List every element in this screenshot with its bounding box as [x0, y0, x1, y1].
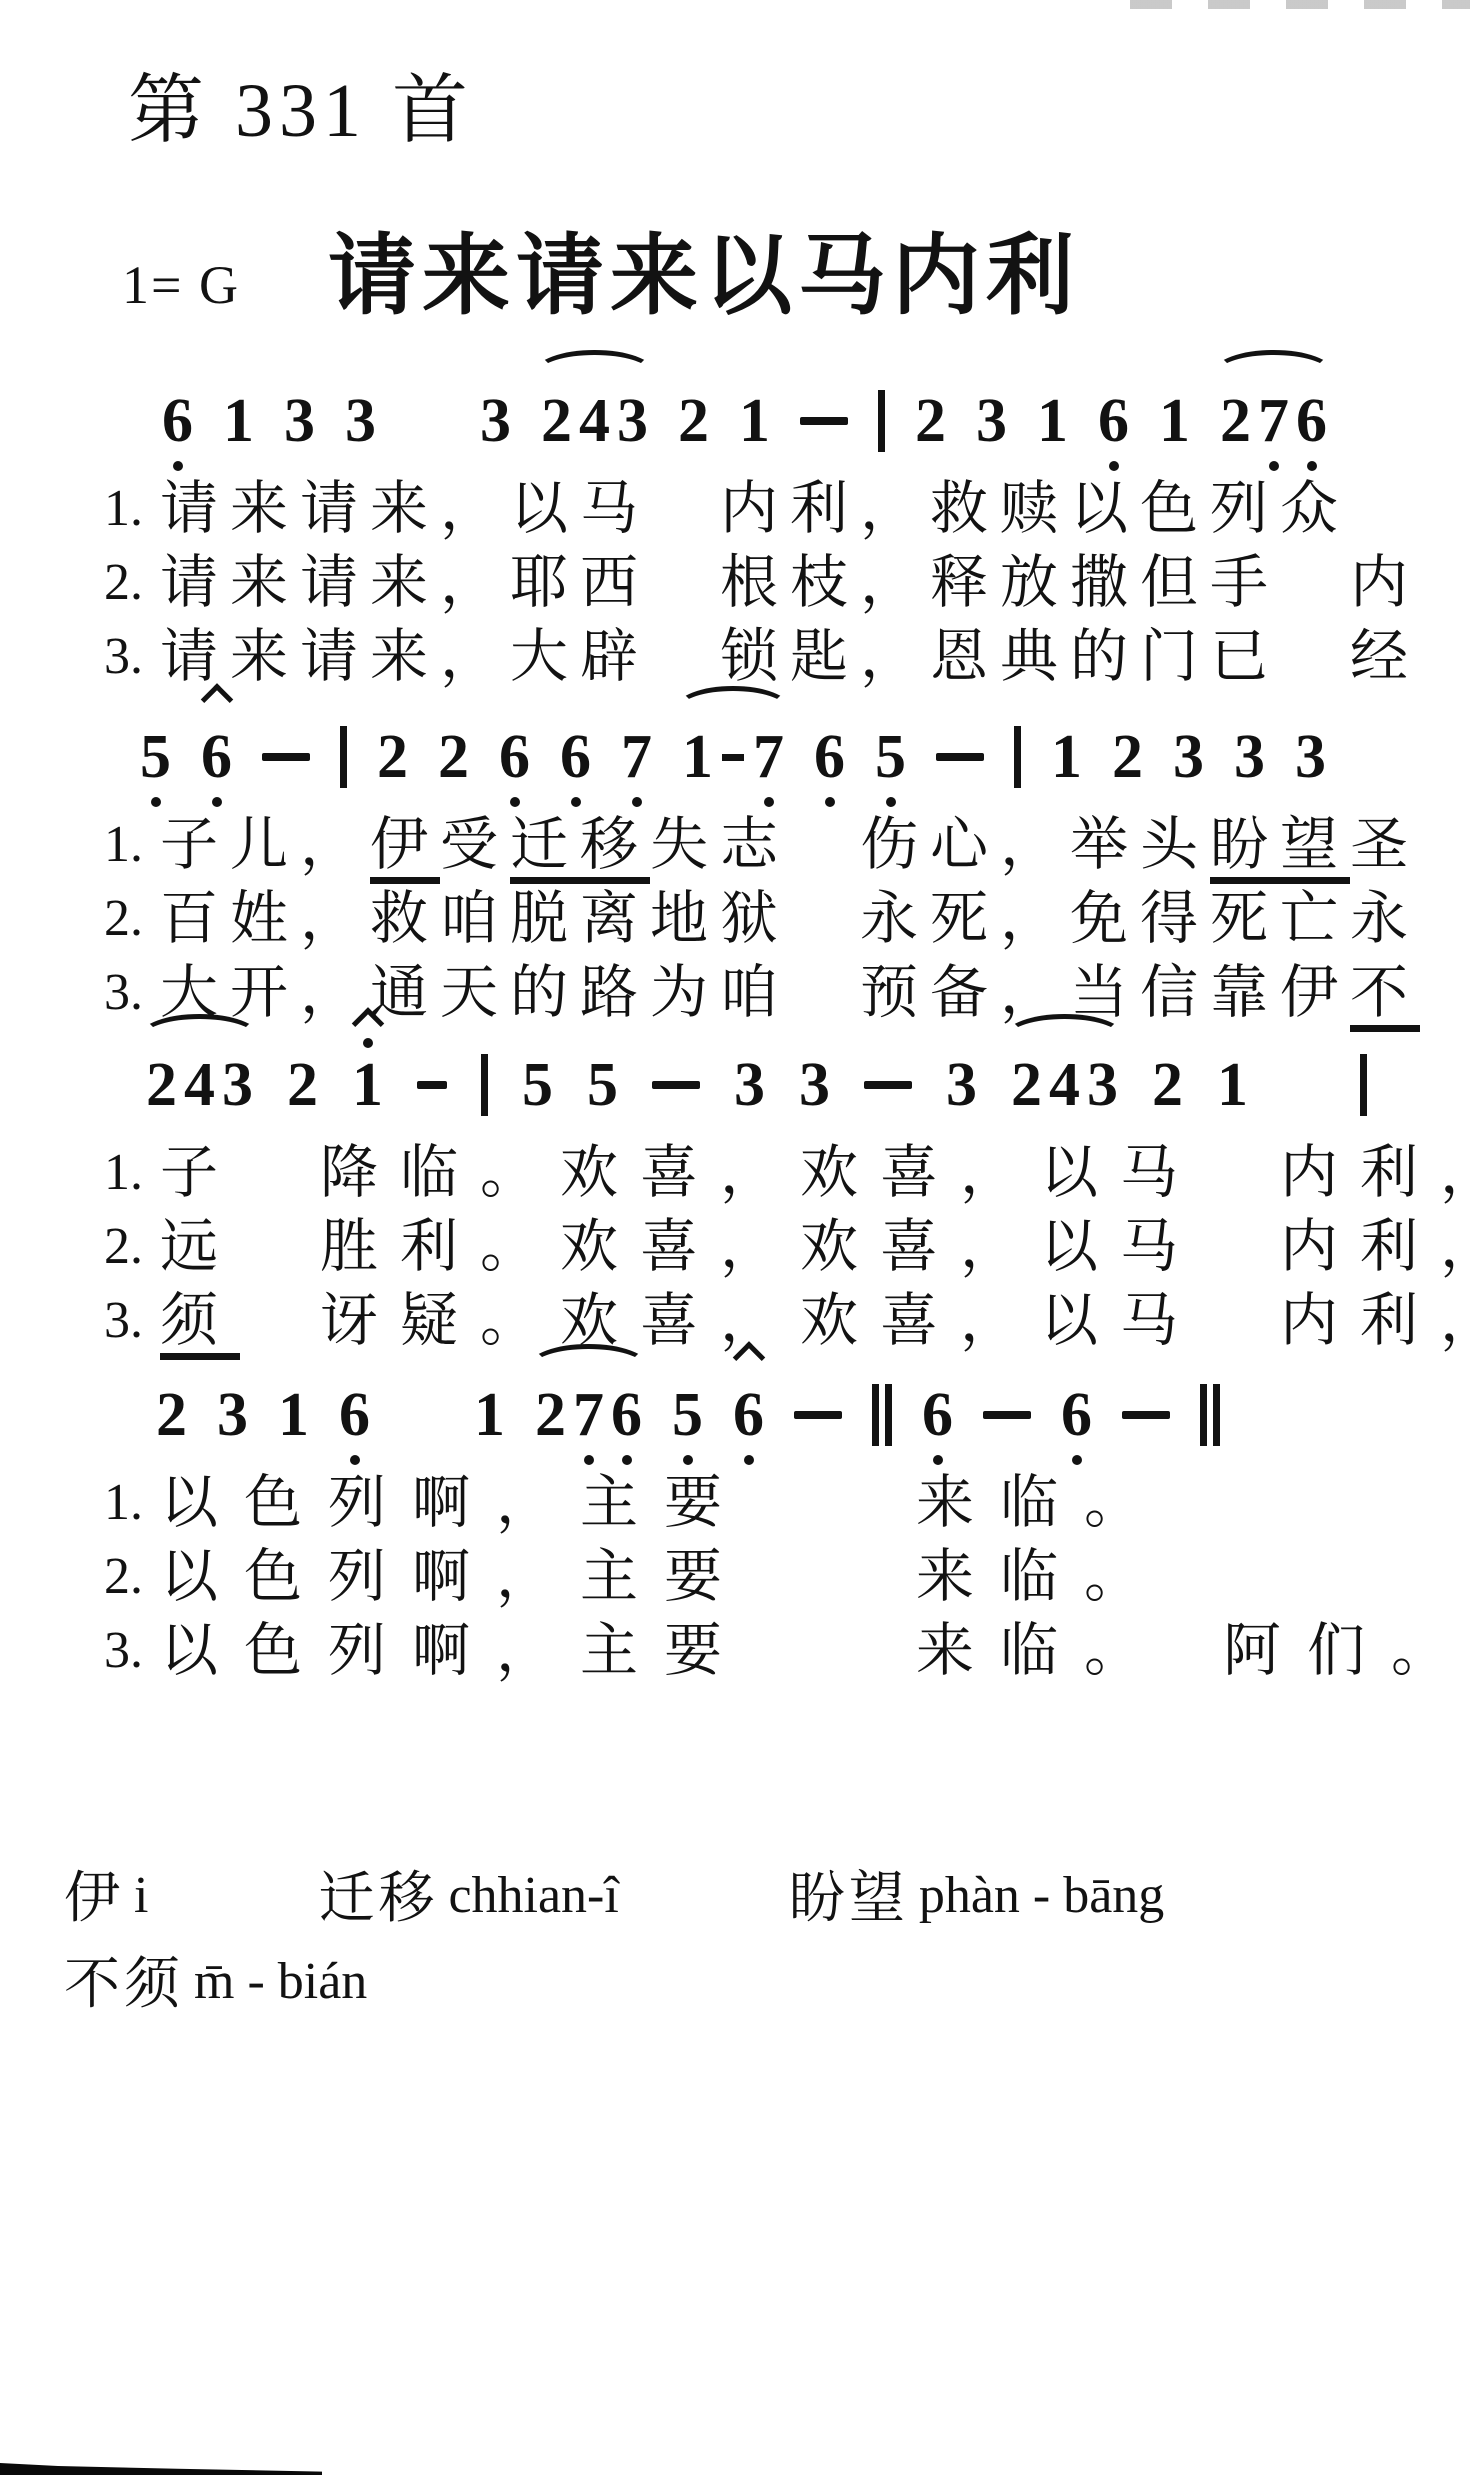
lyric-line: 2.请来请来，耶西 根枝，释放撒但手 内 [104, 546, 1446, 620]
slur-group: 243 [1011, 1054, 1118, 1116]
lyric-line: 1.子 降临。欢喜，欢喜，以马 内利， [104, 1136, 1446, 1210]
note-digit: 3 [799, 1054, 830, 1116]
barline-icon [1360, 1054, 1367, 1116]
note-digit: 2 [287, 1054, 318, 1116]
note-digit: 3 [976, 390, 1007, 452]
lyric-segment: 以色列啊，主要 来临。 阿们。 [160, 1618, 1475, 1683]
lyric-text: 请来请来，以马 内利，救赎以色列众 [160, 480, 1350, 538]
octave-dot-below-icon [632, 797, 642, 807]
note: 1 [474, 1384, 505, 1446]
lyric-segment: 请来请来，以马 内利，救赎以色列众 [160, 476, 1350, 541]
footnote-romanization: i [134, 1856, 148, 1936]
note-digit: 1 [278, 1384, 309, 1446]
note-digit: 2 [377, 726, 408, 788]
note: 7 [621, 726, 652, 788]
note-digit: 2 [1220, 390, 1251, 452]
fermata-caret-icon [351, 1007, 384, 1040]
note: 2 [146, 1054, 177, 1116]
note: 2 [535, 1384, 566, 1446]
note-digit: 4 [579, 390, 610, 452]
note-digit: 3 [345, 390, 376, 452]
note-digit: 1 [682, 726, 713, 788]
note-digit: 6 [733, 1384, 764, 1446]
footnote-item: 迁移chhian-î [318, 1856, 618, 1942]
note: 3 [345, 390, 376, 452]
note: 2 [1112, 726, 1143, 788]
barline-icon [340, 726, 347, 788]
duration-dash-icon [794, 1411, 842, 1419]
note-digit: 3 [217, 1384, 248, 1446]
note-digit: 3 [734, 1054, 765, 1116]
note: 3 [284, 390, 315, 452]
music-system: 56226671765123331.子儿，伊受迁移失志 伤心，举头盼望圣2.百姓… [104, 680, 1446, 1030]
lyric-segment: 子 降临。欢喜，欢喜，以马 内利， [160, 1140, 1476, 1205]
note: 6 [1296, 390, 1327, 452]
note-digit: 7 [573, 1384, 604, 1446]
footnote-term: 伊 [64, 1856, 124, 1942]
note-digit: 6 [162, 390, 193, 452]
note: 1 [682, 726, 713, 788]
footnote-romanization: phàn - bāng [919, 1856, 1164, 1936]
hymn-page: 第 331 首 1= G 请来请来以马内利 613332432123161276… [0, 0, 1476, 2475]
note: 6 [339, 1384, 370, 1446]
octave-dot-above-icon [363, 1038, 373, 1048]
note: 6 [922, 1384, 953, 1446]
verse-number: 3. [104, 1625, 160, 1677]
note-digit: 2 [678, 390, 709, 452]
note: 3 [734, 1054, 765, 1116]
footnoted-word: 盼望 [1210, 812, 1350, 884]
note: 6 [560, 726, 591, 788]
title-row: 1= G 请来请来以马内利 [122, 234, 1080, 322]
footnote-item: 盼望phàn - bāng [789, 1856, 1164, 1942]
note: 5 [140, 726, 171, 788]
note: 6 [1098, 390, 1129, 452]
note: 7 [1258, 390, 1289, 452]
octave-dot-below-icon [825, 797, 835, 807]
verse-number: 2. [104, 557, 160, 609]
note-digit: 5 [672, 1384, 703, 1446]
slur-group: 276 [535, 1384, 642, 1446]
note: 5 [672, 1384, 703, 1446]
note-digit: 3 [617, 390, 648, 452]
lyric-text: 以色列啊，主要 来临。 [160, 1474, 1168, 1532]
octave-dot-below-icon [350, 1455, 360, 1465]
note-digit: 6 [499, 726, 530, 788]
note: 4 [1049, 1054, 1080, 1116]
lyric-text: 以色列啊，主要 来临。 阿们。 [160, 1622, 1475, 1680]
octave-dot-below-icon [683, 1455, 693, 1465]
note-digit: 3 [946, 1054, 977, 1116]
footnote-romanization: m̄ - bián [194, 1942, 367, 2022]
note: 1 [739, 390, 770, 452]
note-digit: 7 [621, 726, 652, 788]
footnote-item: 不须m̄ - bián [64, 1942, 367, 2028]
verse-number: 1. [104, 483, 160, 535]
note: 2 [541, 390, 572, 452]
duration-dash-icon [417, 1081, 447, 1089]
note: 7 [573, 1384, 604, 1446]
barline-icon [481, 1054, 488, 1116]
lyric-segment: 百姓，救咱脱离地狱 永死，免得死亡永 [160, 886, 1420, 951]
slur-group: 243 [146, 1054, 253, 1116]
music-system: 2432155333243211.子 降临。欢喜，欢喜，以马 内利，2.远 胜利… [104, 1008, 1446, 1358]
note-digit: 2 [156, 1384, 187, 1446]
octave-dot-below-icon [764, 797, 774, 807]
note: 6 [611, 1384, 642, 1446]
scan-artifact-top [1130, 0, 1470, 9]
note: 2 [915, 390, 946, 452]
hymn-number: 第 331 首 [128, 66, 474, 157]
note-digit: 4 [184, 1054, 215, 1116]
verse-number: 2. [104, 893, 160, 945]
lyric-segment: 请来请来，耶西 根枝，释放撒但手 内 [160, 550, 1420, 615]
note-digit: 5 [522, 1054, 553, 1116]
note-digit: 5 [140, 726, 171, 788]
lyric-text: 子儿，伊受迁移失志 伤心，举头盼望圣 [160, 816, 1420, 874]
note: 1 [1159, 390, 1190, 452]
music-line: 231612765666 [156, 1338, 1446, 1466]
octave-dot-below-icon [510, 797, 520, 807]
note: 1 [1037, 390, 1068, 452]
slur-group: 17 [682, 726, 784, 788]
duration-dash-icon [864, 1081, 912, 1089]
footnote-term: 迁移 [318, 1856, 438, 1942]
music-system: 6133324321231612761.请来请来，以马 内利，救赎以色列众2.请… [104, 344, 1446, 694]
note-digit: 3 [1295, 726, 1326, 788]
note-digit: 6 [201, 726, 232, 788]
note: 3 [617, 390, 648, 452]
note-digit: 7 [1258, 390, 1289, 452]
note-digit: 2 [1152, 1054, 1183, 1116]
music-system: 2316127656661.以色列啊，主要 来临。2.以色列啊，主要 来临。3.… [104, 1338, 1446, 1688]
note: 6 [499, 726, 530, 788]
note: 3 [799, 1054, 830, 1116]
tie-dash-icon [722, 754, 744, 761]
lyric-text: 以色列啊，主要 来临。 [160, 1548, 1168, 1606]
note-digit: 3 [480, 390, 511, 452]
note: 3 [1234, 726, 1265, 788]
key-signature: 1= G [122, 258, 240, 322]
note-digit: 1 [223, 390, 254, 452]
octave-dot-below-icon [886, 797, 896, 807]
slur-group: 243 [541, 390, 648, 452]
note: 6 [814, 726, 845, 788]
note: 1 [223, 390, 254, 452]
note: 5 [587, 1054, 618, 1116]
octave-dot-below-icon [933, 1455, 943, 1465]
note-digit: 2 [535, 1384, 566, 1446]
verse-number: 1. [104, 1477, 160, 1529]
lyric-segment: 子儿， [160, 812, 370, 877]
note-digit: 3 [1087, 1054, 1118, 1116]
note: 2 [1152, 1054, 1183, 1116]
note: 5 [522, 1054, 553, 1116]
lyric-line: 2.远 胜利。欢喜，欢喜，以马 内利， [104, 1210, 1446, 1284]
hymn-title: 请来请来以马内利 [328, 234, 1080, 322]
slur-group: 276 [1220, 390, 1327, 452]
note-digit: 6 [560, 726, 591, 788]
note-digit: 1 [739, 390, 770, 452]
verse-number: 1. [104, 1147, 160, 1199]
note: 3 [946, 1054, 977, 1116]
note: 5 [875, 726, 906, 788]
note: 2 [1220, 390, 1251, 452]
note-digit: 2 [541, 390, 572, 452]
note: 3 [1087, 1054, 1118, 1116]
footnote-row: 伊i迁移chhian-î盼望phàn - bāng [64, 1856, 1164, 1942]
note: 1 [1051, 726, 1082, 788]
octave-dot-below-icon [151, 797, 161, 807]
note: 4 [579, 390, 610, 452]
footnote-term: 不须 [64, 1942, 184, 2028]
note-digit: 6 [922, 1384, 953, 1446]
verse-number: 3. [104, 631, 160, 683]
note-digit: 6 [1296, 390, 1327, 452]
octave-dot-below-icon [622, 1455, 632, 1465]
note-digit: 2 [1011, 1054, 1042, 1116]
note: 1 [278, 1384, 309, 1446]
music-line: 5622667176512333 [140, 680, 1446, 808]
lyric-text: 百姓，救咱脱离地狱 永死，免得死亡永 [160, 890, 1420, 948]
octave-dot-below-icon [173, 461, 183, 471]
octave-dot-below-icon [1072, 1455, 1082, 1465]
footnote-romanization: chhian-î [448, 1856, 618, 1936]
duration-dash-icon [262, 753, 310, 761]
octave-dot-below-icon [1109, 461, 1119, 471]
octave-dot-below-icon [212, 797, 222, 807]
music-line: 243215533324321 [146, 1008, 1446, 1136]
note-digit: 2 [438, 726, 469, 788]
note-digit: 6 [1061, 1384, 1092, 1446]
note-digit: 4 [1049, 1054, 1080, 1116]
note: 2 [156, 1384, 187, 1446]
lyric-text: 请来请来，大辟 锁匙，恩典的门已 经 [160, 628, 1420, 686]
double-barline-icon [1200, 1384, 1220, 1446]
note: 1 [1217, 1054, 1248, 1116]
duration-dash-icon [936, 753, 984, 761]
music-line: 613332432123161276 [162, 344, 1446, 472]
footnote-item: 伊i [64, 1856, 148, 1942]
note: 2 [438, 726, 469, 788]
lyric-line: 1.子儿，伊受迁移失志 伤心，举头盼望圣 [104, 808, 1446, 882]
note-digit: 3 [222, 1054, 253, 1116]
fermata-caret-icon [732, 1341, 765, 1374]
note: 3 [1295, 726, 1326, 788]
note-digit: 3 [1173, 726, 1204, 788]
verse-number: 1. [104, 819, 160, 871]
lyric-segment: 远 胜利。欢喜，欢喜，以马 内利， [160, 1214, 1476, 1279]
note-digit: 1 [1037, 390, 1068, 452]
note: 2 [678, 390, 709, 452]
duration-dash-icon [983, 1411, 1031, 1419]
footnotes: 伊i迁移chhian-î盼望phàn - bāng不须m̄ - bián [64, 1856, 1164, 2028]
duration-dash-icon [1122, 1411, 1170, 1419]
note: 2 [287, 1054, 318, 1116]
octave-dot-below-icon [744, 1455, 754, 1465]
note-digit: 6 [814, 726, 845, 788]
lyric-line: 2.以色列啊，主要 来临。 [104, 1540, 1446, 1614]
note: 1 [352, 1054, 383, 1116]
note: 6 [162, 390, 193, 452]
note: 6 [1061, 1384, 1092, 1446]
note-digit: 3 [284, 390, 315, 452]
note: 3 [222, 1054, 253, 1116]
lyric-segment: 以色列啊，主要 来临。 [160, 1544, 1168, 1609]
footnote-row: 不须m̄ - bián [64, 1942, 1164, 2028]
note-digit: 5 [587, 1054, 618, 1116]
note-digit: 6 [339, 1384, 370, 1446]
note-digit: 7 [753, 726, 784, 788]
double-barline-icon [872, 1384, 892, 1446]
footnoted-word: 迁移 [510, 812, 650, 884]
note: 3 [1173, 726, 1204, 788]
note: 3 [976, 390, 1007, 452]
note: 7 [753, 726, 784, 788]
note-digit: 1 [1159, 390, 1190, 452]
verse-number: 2. [104, 1551, 160, 1603]
note-digit: 2 [915, 390, 946, 452]
barline-icon [1014, 726, 1021, 788]
octave-dot-below-icon [1307, 461, 1317, 471]
footnote-term: 盼望 [789, 1856, 909, 1942]
lyric-line: 1.以色列啊，主要 来临。 [104, 1466, 1446, 1540]
note-digit: 6 [1098, 390, 1129, 452]
duration-dash-icon [800, 417, 848, 425]
note-digit: 2 [1112, 726, 1143, 788]
note-digit: 5 [875, 726, 906, 788]
octave-dot-below-icon [571, 797, 581, 807]
note: 2 [377, 726, 408, 788]
fermata-caret-icon [200, 683, 233, 716]
scan-artifact-bottom [0, 2463, 322, 2475]
note: 3 [480, 390, 511, 452]
lyric-segment: 失志 伤心，举头 [650, 812, 1210, 877]
lyric-line: 1.请来请来，以马 内利，救赎以色列众 [104, 472, 1446, 546]
note: 4 [184, 1054, 215, 1116]
note-digit: 1 [474, 1384, 505, 1446]
lyric-segment: 受 [440, 812, 510, 877]
octave-dot-below-icon [584, 1455, 594, 1465]
barline-icon [878, 390, 885, 452]
note-digit: 6 [611, 1384, 642, 1446]
note: 6 [201, 726, 232, 788]
lyric-segment: 圣 [1350, 812, 1420, 877]
lyric-text: 远 胜利。欢喜，欢喜，以马 内利， [160, 1218, 1476, 1276]
lyric-line: 3.以色列啊，主要 来临。 阿们。 [104, 1614, 1446, 1688]
lyric-text: 请来请来，耶西 根枝，释放撒但手 内 [160, 554, 1420, 612]
octave-dot-below-icon [1269, 461, 1279, 471]
duration-dash-icon [652, 1081, 700, 1089]
note-digit: 1 [1051, 726, 1082, 788]
verse-number: 2. [104, 1221, 160, 1273]
note-digit: 1 [1217, 1054, 1248, 1116]
note: 6 [733, 1384, 764, 1446]
lyric-segment: 以色列啊，主要 来临。 [160, 1470, 1168, 1535]
footnoted-word: 伊 [370, 812, 440, 884]
lyric-text: 子 降临。欢喜，欢喜，以马 内利， [160, 1144, 1476, 1202]
note: 2 [1011, 1054, 1042, 1116]
note-digit: 3 [1234, 726, 1265, 788]
lyric-line: 2.百姓，救咱脱离地狱 永死，免得死亡永 [104, 882, 1446, 956]
note-digit: 2 [146, 1054, 177, 1116]
note-digit: 1 [352, 1054, 383, 1116]
note: 3 [217, 1384, 248, 1446]
